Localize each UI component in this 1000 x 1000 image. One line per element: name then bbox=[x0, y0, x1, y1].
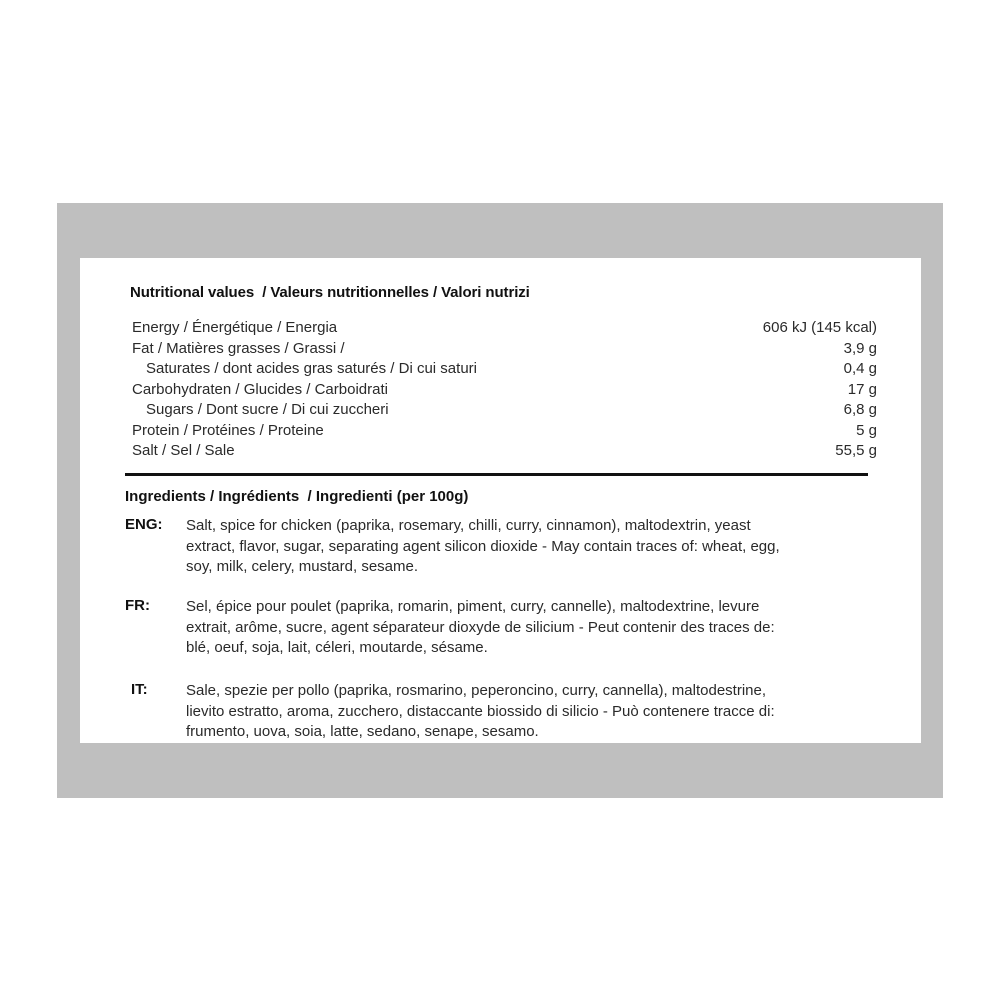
nutrition-value: 606 kJ (145 kcal) bbox=[763, 318, 877, 338]
ingredients-line: frumento, uova, soia, latte, sedano, sen… bbox=[186, 722, 896, 743]
ingredients-line: Sale, spezie per pollo (paprika, rosmari… bbox=[186, 681, 896, 702]
nutrition-row-carbohydrates: Carbohydraten / Glucides / Carboidrati 1… bbox=[132, 380, 877, 401]
ingredients-text: Salt, spice for chicken (paprika, rosema… bbox=[186, 516, 896, 578]
ingredients-line: soy, milk, celery, mustard, sesame. bbox=[186, 557, 896, 578]
nutrition-value: 0,4 g bbox=[844, 359, 877, 379]
nutrition-row-sugars: Sugars / Dont sucre / Di cui zuccheri 6,… bbox=[132, 400, 877, 421]
nutrition-row-saturates: Saturates / dont acides gras saturés / D… bbox=[132, 359, 877, 380]
nutrition-table: Energy / Énergétique / Energia 606 kJ (1… bbox=[132, 318, 877, 462]
ingredients-line: extract, flavor, sugar, separating agent… bbox=[186, 537, 896, 558]
nutrition-label: Sugars / Dont sucre / Di cui zuccheri bbox=[146, 400, 389, 420]
ingredients-line: extrait, arôme, sucre, agent séparateur … bbox=[186, 618, 896, 639]
nutrition-label: Saturates / dont acides gras saturés / D… bbox=[146, 359, 477, 379]
section-divider bbox=[125, 473, 868, 476]
nutrition-row-protein: Protein / Protéines / Proteine 5 g bbox=[132, 421, 877, 442]
nutrition-label: Protein / Protéines / Proteine bbox=[132, 421, 324, 441]
nutrition-value: 17 g bbox=[848, 380, 877, 400]
ingredients-line: Sel, épice pour poulet (paprika, romarin… bbox=[186, 597, 896, 618]
nutrition-value: 6,8 g bbox=[844, 400, 877, 420]
ingredients-line: lievito estratto, aroma, zucchero, dista… bbox=[186, 702, 896, 723]
nutrition-label: Carbohydraten / Glucides / Carboidrati bbox=[132, 380, 388, 400]
ingredients-text: Sel, épice pour poulet (paprika, romarin… bbox=[186, 597, 896, 659]
nutrition-label: Energy / Énergétique / Energia bbox=[132, 318, 337, 338]
nutrition-label: Fat / Matières grasses / Grassi / bbox=[132, 339, 345, 359]
nutrition-label: Salt / Sel / Sale bbox=[132, 441, 235, 461]
nutrition-value: 3,9 g bbox=[844, 339, 877, 359]
language-code: FR: bbox=[125, 597, 150, 614]
nutrition-value: 55,5 g bbox=[835, 441, 877, 461]
nutrition-value: 5 g bbox=[856, 421, 877, 441]
language-code: ENG: bbox=[125, 516, 163, 533]
nutrition-row-fat: Fat / Matières grasses / Grassi / 3,9 g bbox=[132, 339, 877, 360]
ingredients-text: Sale, spezie per pollo (paprika, rosmari… bbox=[186, 681, 896, 743]
nutrition-row-salt: Salt / Sel / Sale 55,5 g bbox=[132, 441, 877, 462]
ingredients-title: Ingredients / Ingrédients / Ingredienti … bbox=[125, 488, 468, 505]
ingredients-line: Salt, spice for chicken (paprika, rosema… bbox=[186, 516, 896, 537]
ingredients-line: blé, oeuf, soja, lait, céleri, moutarde,… bbox=[186, 638, 896, 659]
nutrition-title: Nutritional values / Valeurs nutritionne… bbox=[130, 284, 530, 301]
language-code: IT: bbox=[131, 681, 148, 698]
nutrition-row-energy: Energy / Énergétique / Energia 606 kJ (1… bbox=[132, 318, 877, 339]
